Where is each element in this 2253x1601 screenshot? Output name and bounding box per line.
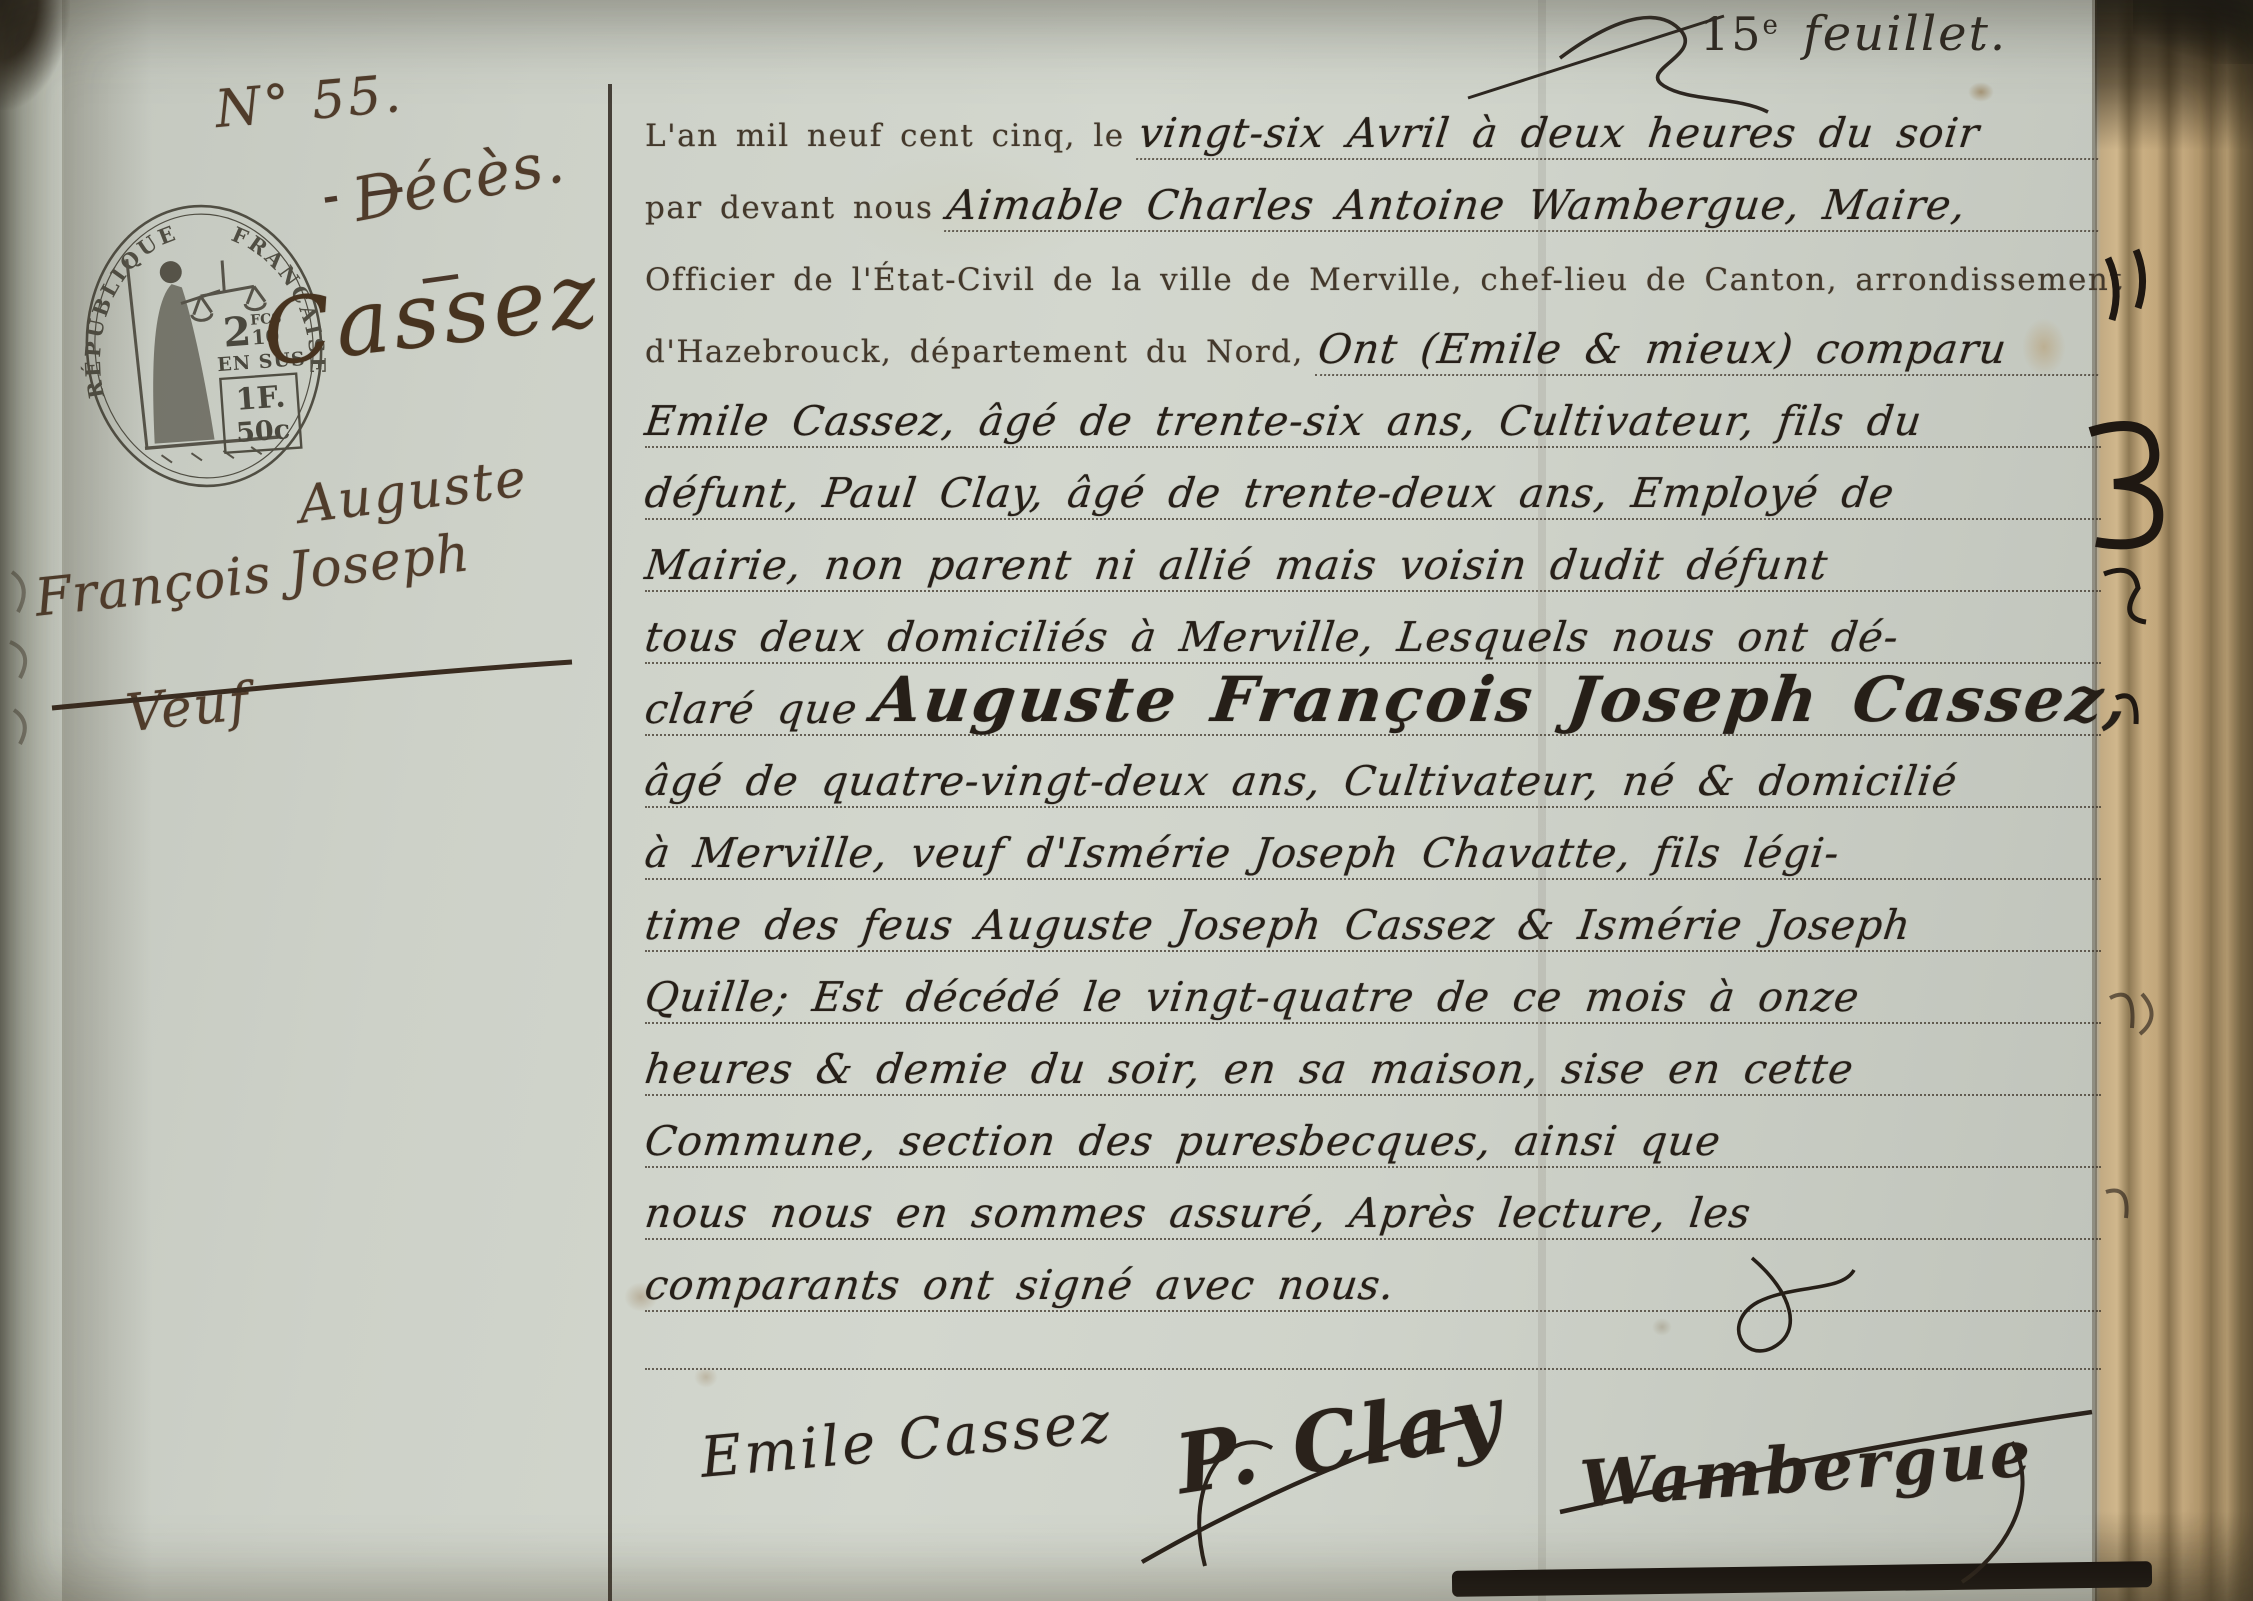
act-line-deceased-name: claré que Auguste François Joseph Cassez… <box>645 650 2101 736</box>
act-number: N° 55. <box>213 64 406 140</box>
handwritten-text: claré que <box>642 687 860 734</box>
printed-text: d'Hazebrouck, département du Nord, <box>645 334 1304 376</box>
printed-text: L'an mil neuf cent cinq, le <box>645 118 1125 160</box>
handwritten-text: comparants ont signé avec nous. <box>642 1263 1397 1310</box>
act-line: Officier de l'État-Civil de la ville de … <box>645 232 2101 304</box>
act-line: nous nous en sommes assuré, Après lectur… <box>645 1168 2101 1240</box>
register-photo: 15e feuillet. N° 55. -­ — Décès. — RÉPUB… <box>0 0 2253 1601</box>
svg-text:2: 2 <box>222 308 253 357</box>
handwritten-text: nous nous en sommes assuré, Après lectur… <box>642 1191 1754 1238</box>
act-line: time des feus Auguste Joseph Cassez & Is… <box>645 880 2101 952</box>
printed-text: par devant nous <box>645 190 933 232</box>
act-text-column: L'an mil neuf cent cinq, le vingt-six Av… <box>645 0 2101 1601</box>
handwritten-text: time des feus Auguste Joseph Cassez & Is… <box>642 903 1913 950</box>
page-edge-right <box>2095 0 2253 1601</box>
act-line: défunt, Paul Clay, âgé de trente-deux an… <box>645 448 2101 520</box>
act-line: heures & demie du soir, en sa maison, si… <box>645 1024 2101 1096</box>
handwritten-text: Aimable Charles Antoine Wambergue, Maire… <box>944 183 2104 232</box>
act-line: Quille; Est décédé le vingt-quatre de ce… <box>645 952 2101 1024</box>
handwritten-text: Quille; Est décédé le vingt-quatre de ce… <box>642 975 1862 1022</box>
margin-name-francois-joseph: François Joseph <box>32 523 473 628</box>
handwritten-text: vingt-six Avril à deux heures du soir <box>1136 111 2104 160</box>
handwritten-text: Mairie, non parent ni allié mais voisin … <box>642 543 1831 590</box>
act-line: par devant nous Aimable Charles Antoine … <box>645 160 2101 232</box>
handwritten-text: à Merville, veuf d'Ismérie Joseph Chavat… <box>642 831 1842 878</box>
handwritten-text: défunt, Paul Clay, âgé de trente-deux an… <box>642 471 1897 518</box>
handwritten-text: Emile Cassez, âgé de trente-six ans, Cul… <box>642 399 1925 446</box>
margin-column: N° 55. -­ — Décès. — RÉPUBLIQUE FRANÇAIS… <box>0 0 620 1601</box>
act-line: d'Hazebrouck, département du Nord, Ont (… <box>645 304 2101 376</box>
act-line: Commune, section des puresbecques, ainsi… <box>645 1096 2101 1168</box>
act-type-label: Décès. <box>347 126 571 236</box>
handwritten-text: Ont (Emile & mieux) comparu <box>1315 327 2104 376</box>
handwritten-text: âgé de quatre-vingt-deux ans, Cultivateu… <box>642 759 1960 806</box>
act-line: comparants ont signé avec nous. <box>645 1240 2101 1312</box>
svg-text:50c: 50c <box>235 414 291 449</box>
handwritten-text: heures & demie du soir, en sa maison, si… <box>642 1047 1856 1094</box>
act-line: à Merville, veuf d'Ismérie Joseph Chavat… <box>645 808 2101 880</box>
handwritten-text: Commune, section des puresbecques, ainsi… <box>642 1119 1723 1166</box>
margin-status-veuf: Veuf <box>123 672 253 745</box>
act-line: Emile Cassez, âgé de trente-six ans, Cul… <box>645 376 2101 448</box>
deceased-name-emphasis: Auguste François Joseph Cassez, <box>869 666 2134 734</box>
act-line: Mairie, non parent ni allié mais voisin … <box>645 520 2101 592</box>
printed-text: Officier de l'État-Civil de la ville de … <box>645 262 2123 304</box>
act-line: L'an mil neuf cent cinq, le vingt-six Av… <box>645 88 2101 160</box>
blank-dotted-line <box>645 1314 2101 1370</box>
act-line: âgé de quatre-vingt-deux ans, Cultivateu… <box>645 736 2101 808</box>
corner-shadow-top-right <box>2133 0 2253 64</box>
